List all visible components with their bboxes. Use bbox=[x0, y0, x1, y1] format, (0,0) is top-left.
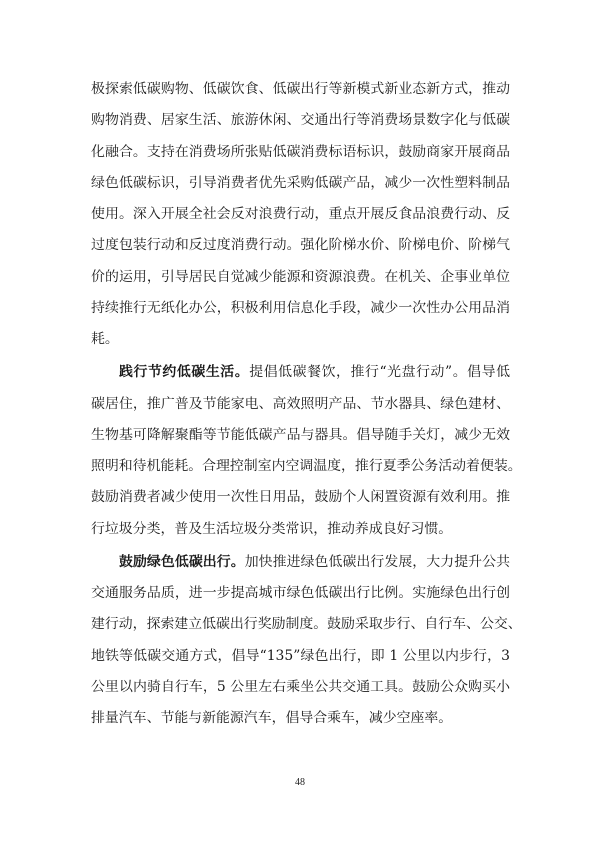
text-line: 绿色低碳标识，引导消费者优先采购低碳产品，减少一次性塑料制品 bbox=[91, 168, 510, 199]
text-line: 耗。 bbox=[91, 324, 510, 355]
text-line: 过度包装行动和反过度消费行动。强化阶梯水价、阶梯电价、阶梯气 bbox=[91, 230, 510, 261]
text-line: 购物消费、居家生活、旅游休闲、交通出行等消费场景数字化与低碳 bbox=[91, 105, 510, 136]
paragraph-heading: 践行节约低碳生活。 bbox=[119, 364, 249, 380]
text-line: 建行动，探索建立低碳出行奖励制度。鼓励采取步行、自行车、公交、 bbox=[91, 609, 510, 640]
text-line: 排量汽车、节能与新能源汽车，倡导合乘车，减少空座率。 bbox=[91, 703, 510, 734]
page-number: 48 bbox=[0, 777, 600, 788]
text-line: 地铁等低碳交通方式，倡导“135”绿色出行，即 1 公里以内步行，3 bbox=[91, 641, 510, 672]
text-line: 公里以内骑自行车，5 公里左右乘坐公共交通工具。鼓励公众购买小 bbox=[91, 672, 510, 703]
paragraph-green-low-carbon-travel: 鼓励绿色低碳出行。加快推进绿色低碳出行发展，大力提升公共 交通服务品质，进一步提… bbox=[91, 547, 510, 735]
text-line: 使用。深入开展全社会反对浪费行动，重点开展反食品浪费行动、反 bbox=[91, 199, 510, 230]
body-text: 极探索低碳购物、低碳饮食、低碳出行等新模式新业态新方式，推动 购物消费、居家生活… bbox=[91, 74, 510, 734]
text-line: 碳居住，推广普及节能家电、高效照明产品、节水器具、绿色建材、 bbox=[91, 389, 510, 420]
text-line: 持续推行无纸化办公，积极利用信息化手段，减少一次性办公用品消 bbox=[91, 293, 510, 324]
document-page: 极探索低碳购物、低碳饮食、低碳出行等新模式新业态新方式，推动 购物消费、居家生活… bbox=[0, 0, 600, 848]
text-line: 行垃圾分类，普及生活垃圾分类常识，推动养成良好习惯。 bbox=[91, 514, 510, 545]
text-run: 加快推进绿色低碳出行发展，大力提升公共 bbox=[245, 554, 510, 570]
paragraph-frugal-low-carbon-life: 践行节约低碳生活。提倡低碳餐饮，推行“光盘行动”。倡导低 碳居住，推广普及节能家… bbox=[91, 357, 510, 545]
paragraph-low-carbon-consumption: 极探索低碳购物、低碳饮食、低碳出行等新模式新业态新方式，推动 购物消费、居家生活… bbox=[91, 74, 510, 356]
text-line: 鼓励消费者减少使用一次性日用品，鼓励个人闲置资源有效利用。推 bbox=[91, 482, 510, 513]
paragraph-heading: 鼓励绿色低碳出行。 bbox=[119, 554, 245, 570]
text-line: 照明和待机能耗。合理控制室内空调温度，推行夏季公务活动着便装。 bbox=[91, 451, 510, 482]
text-line: 价的运用，引导居民自觉减少能源和资源浪费。在机关、企事业单位 bbox=[91, 262, 510, 293]
text-line-first: 践行节约低碳生活。提倡低碳餐饮，推行“光盘行动”。倡导低 bbox=[91, 357, 510, 388]
text-line-first: 鼓励绿色低碳出行。加快推进绿色低碳出行发展，大力提升公共 bbox=[91, 547, 510, 578]
text-line: 化融合。支持在消费场所张贴低碳消费标语标识，鼓励商家开展商品 bbox=[91, 137, 510, 168]
text-line: 交通服务品质，进一步提高城市绿色低碳出行比例。实施绿色出行创 bbox=[91, 578, 510, 609]
text-run: 提倡低碳餐饮，推行“光盘行动”。倡导低 bbox=[249, 364, 510, 380]
text-line: 生物基可降解聚酯等节能低碳产品与器具。倡导随手关灯，减少无效 bbox=[91, 420, 510, 451]
text-line: 极探索低碳购物、低碳饮食、低碳出行等新模式新业态新方式，推动 bbox=[91, 74, 510, 105]
